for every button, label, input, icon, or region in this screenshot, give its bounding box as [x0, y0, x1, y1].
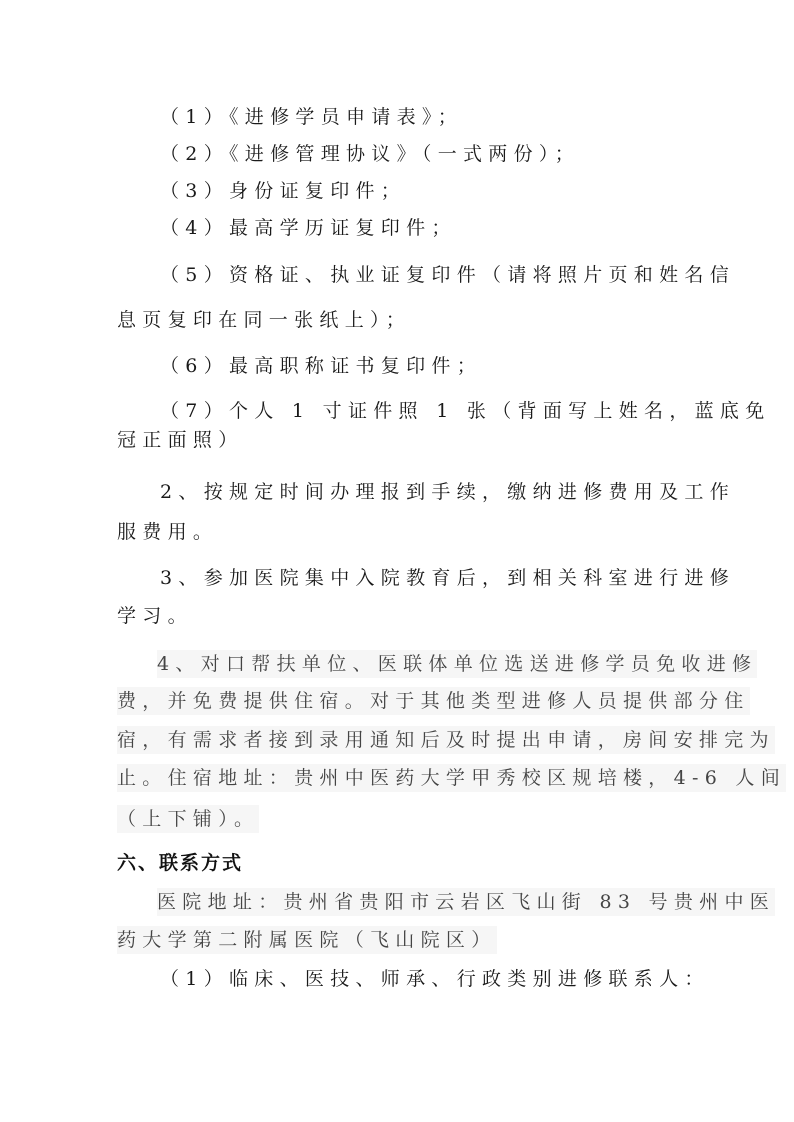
- address-line-2: 药大学第二附属医院（飞山院区）: [117, 926, 497, 954]
- paragraph-4-line-4: 止。住宿地址：贵州中医药大学甲秀校区规培楼，4-6 人间: [117, 764, 786, 792]
- section-heading: 六、联系方式: [117, 849, 243, 877]
- list-item-4: （4）最高学历证复印件；: [160, 214, 457, 242]
- paragraph-3-line-1: 3、参加医院集中入院教育后，到相关科室进行进修: [160, 564, 735, 592]
- list-item-7: （7）个人 1 寸证件照 1 张（背面写上姓名，蓝底免: [160, 397, 771, 425]
- list-item-1: （1）《进修学员申请表》；: [160, 103, 463, 131]
- paragraph-4-line-3: 宿，有需求者接到录用通知后及时提出申请，房间安排完为: [117, 726, 775, 754]
- paragraph-2-line-2: 服费用。: [117, 518, 218, 546]
- list-item-2: （2）《进修管理协议》（一式两份）；: [160, 140, 580, 168]
- list-item-5: （5）资格证、执业证复印件（请将照片页和姓名信: [160, 261, 735, 289]
- list-item-6: （6）最高职称证书复印件；: [160, 352, 482, 380]
- list-item-7-cont: 冠正面照）: [117, 426, 244, 454]
- paragraph-3-line-2: 学习。: [117, 602, 193, 630]
- paragraph-2-line-1: 2、按规定时间办理报到手续，缴纳进修费用及工作: [160, 478, 735, 506]
- list-item-3: （3）身份证复印件；: [160, 177, 406, 205]
- address-line-1: 医院地址：贵州省贵阳市云岩区飞山街 83 号贵州中医: [157, 888, 775, 916]
- paragraph-4-line-2: 费，并免费提供住宿。对于其他类型进修人员提供部分住: [117, 687, 750, 715]
- paragraph-4-line-1: 4、对口帮扶单位、医联体单位选送进修学员免收进修: [157, 650, 757, 678]
- list-item-5-cont: 息页复印在同一张纸上）；: [117, 306, 411, 334]
- paragraph-4-line-5: （上下铺）。: [117, 805, 259, 833]
- contact-item-1: （1）临床、医技、师承、行政类别进修联系人：: [160, 965, 710, 993]
